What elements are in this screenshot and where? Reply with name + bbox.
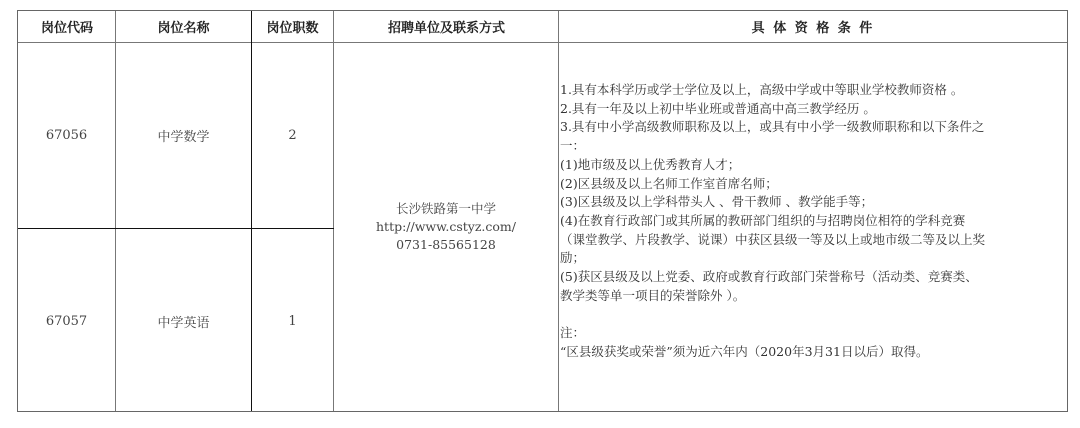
requirement-line: (4)在教育行政部门或其所属的教研部门组织的与招聘岗位相符的学科竞赛 <box>560 212 1060 231</box>
row-1-count: 2 <box>252 43 333 228</box>
requirement-line: 3.具有中小学高级教师职称及以上，或具有中小学一级教师职称和以下条件之 <box>560 118 1060 137</box>
row-1-code: 67056 <box>18 43 115 228</box>
unit-phone: 0731-85565128 <box>396 236 496 254</box>
header-position-code: 岗位代码 <box>18 11 116 43</box>
requirement-line: (3)区县级及以上学科带头人 、骨干教师 、教学能手等； <box>560 193 1060 212</box>
column-divider <box>558 11 559 411</box>
note-label: 注： <box>560 324 1060 343</box>
requirement-line: 2.具有一年及以上初中毕业班或普通高中高三教学经历 。 <box>560 100 1060 119</box>
requirement-line: 一： <box>560 137 1060 156</box>
requirement-line: 励； <box>560 249 1060 268</box>
requirement-line: (1)地市级及以上优秀教育人才； <box>560 156 1060 175</box>
spacer <box>560 305 1060 324</box>
note-text: “区县级获奖或荣誉”须为近六年内（2020年3月31日以后）取得。 <box>560 343 1060 362</box>
requirement-line: 1.具有本科学历或学士学位及以上，高级中学或中等职业学校教师资格 。 <box>560 81 1060 100</box>
unit-website-link[interactable]: http://www.cstyz.com/ <box>376 218 516 236</box>
header-qualifications: 具 体 资 格 条 件 <box>559 11 1067 43</box>
recruiting-unit-contact: 长沙铁路第一中学 http://www.cstyz.com/ 0731-8556… <box>334 43 558 411</box>
job-positions-table: 岗位代码 岗位名称 岗位职数 招聘单位及联系方式 具 体 资 格 条 件 670… <box>17 10 1068 412</box>
row-2-name: 中学英语 <box>116 229 251 414</box>
row-1-name: 中学数学 <box>116 43 251 228</box>
row-2-code: 67057 <box>18 229 115 414</box>
header-position-count: 岗位职数 <box>251 11 334 43</box>
requirement-line: （课堂教学、片段教学、说课）中获区县级一等及以上或地市级二等及以上奖 <box>560 231 1060 250</box>
unit-name: 长沙铁路第一中学 <box>396 200 496 218</box>
row-2-count: 1 <box>252 229 333 414</box>
qualification-requirements: 1.具有本科学历或学士学位及以上，高级中学或中等职业学校教师资格 。 2.具有一… <box>560 81 1060 362</box>
requirement-line: (5)获区县级及以上党委、政府或教育行政部门荣誉称号（活动类、竞赛类、 <box>560 268 1060 287</box>
requirement-line: 教学类等单一项目的荣誉除外 ）。 <box>560 287 1060 306</box>
requirement-line: (2)区县级及以上名师工作室首席名师； <box>560 175 1060 194</box>
header-position-name: 岗位名称 <box>116 11 251 43</box>
header-recruiting-unit: 招聘单位及联系方式 <box>334 11 559 43</box>
